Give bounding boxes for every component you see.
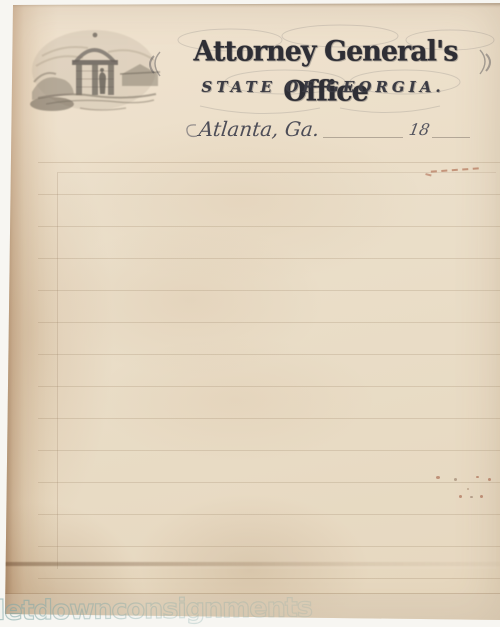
paper-top-edge-shading	[0, 0, 500, 8]
paper-crease	[0, 562, 500, 566]
pressed-sheet-impression	[57, 172, 496, 569]
ink-speck	[436, 476, 440, 479]
ink-speck	[488, 478, 491, 481]
photo-background: Attorney General's Office STATE OF GEORG…	[0, 0, 500, 627]
seller-watermark: letdownconsignments	[0, 593, 316, 626]
dateline: Atlanta, Ga. 18	[183, 112, 470, 142]
dateline-flourish-icon	[183, 120, 199, 142]
dateline-write-in-rule	[323, 137, 402, 138]
letterhead-sheet: Attorney General's Office STATE OF GEORG…	[0, 0, 500, 627]
dateline-place: Atlanta, Ga.	[198, 116, 325, 142]
ink-speck	[476, 476, 479, 478]
ink-speck	[459, 495, 462, 498]
letterhead-subtitle: STATE OF GEORGIA.	[178, 76, 468, 98]
ink-speck	[454, 478, 457, 481]
ink-speck	[480, 495, 483, 498]
ink-speck	[467, 488, 469, 490]
ink-speck	[470, 496, 473, 498]
dateline-year-rule	[432, 137, 470, 138]
dateline-year-prefix: 18	[401, 119, 434, 142]
letterhead-title: Attorney General's Office	[158, 32, 493, 74]
